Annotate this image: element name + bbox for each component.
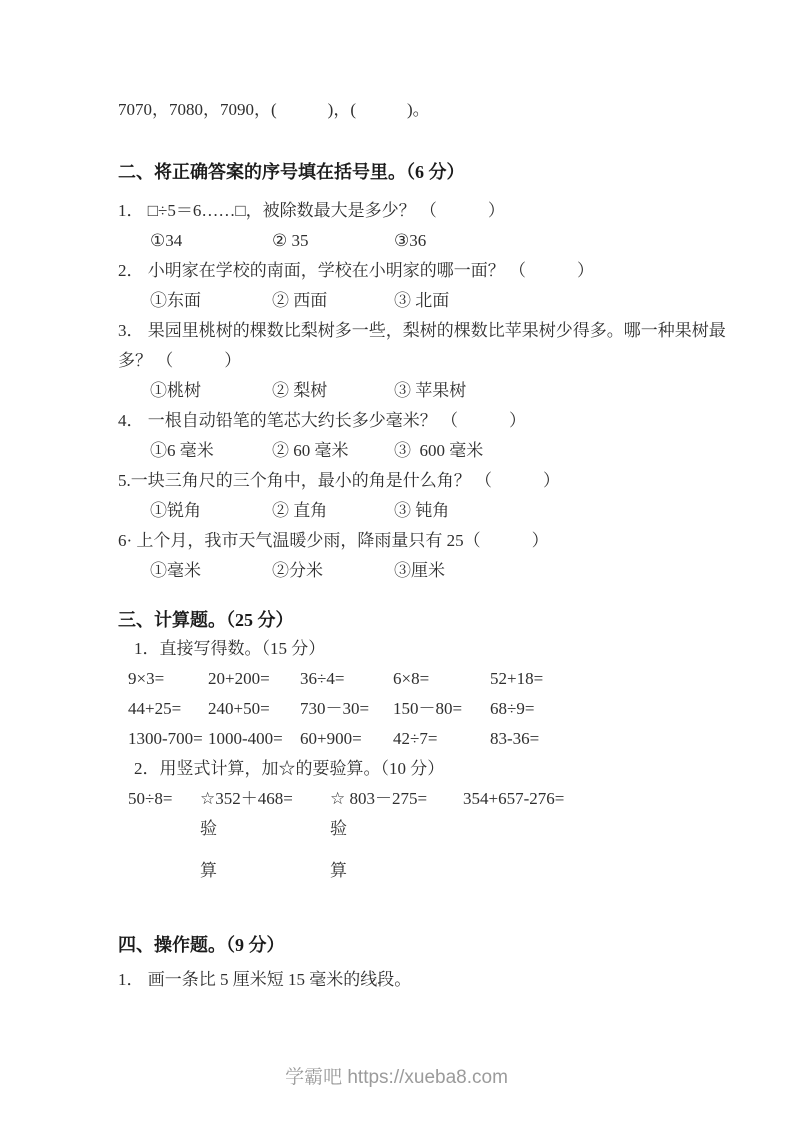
choice-questions: 1． □÷5＝6……□，被除数最大是多少？ （ ） ①34 ② 35 ③36 2…	[118, 196, 743, 586]
mental-calc-row-1: 9×3= 20+200= 36÷4= 6×8= 52+18=	[118, 664, 743, 694]
calc-cell: 83-36=	[490, 724, 743, 754]
calc-cell: 42÷7=	[393, 724, 490, 754]
option-4-2: ② 60 毫米	[272, 436, 394, 466]
question-3-options: ①桃树 ② 梨树 ③ 苹果树	[118, 376, 743, 406]
option-6-2: ②分米	[272, 556, 394, 586]
calc-cell: 9×3=	[128, 664, 208, 694]
empty-cell	[128, 856, 200, 886]
check-label: 算	[330, 856, 463, 886]
calc-cell: 60+900=	[300, 724, 393, 754]
calc-cell: 52+18=	[490, 664, 743, 694]
operation-item-1: 1． 画一条比 5 厘米短 15 毫米的线段。	[118, 965, 743, 995]
option-1-1: ①34	[150, 226, 272, 256]
empty-cell	[128, 814, 200, 844]
check-label-row-top: 验 验	[118, 814, 743, 844]
option-2-2: ② 西面	[272, 286, 394, 316]
check-label-row-bottom: 算 算	[118, 856, 743, 886]
check-label: 算	[200, 856, 330, 886]
option-4-1: ①6 毫米	[150, 436, 272, 466]
vertical-calc-problems: 50÷8= ☆352＋468= ☆ 803－275= 354+657-276=	[118, 784, 743, 814]
question-4-options: ①6 毫米 ② 60 毫米 ③ 600 毫米	[118, 436, 743, 466]
question-3-text: 3． 果园里桃树的棵数比梨树多一些，梨树的棵数比苹果树少得多。哪一种果树最多？ …	[118, 316, 743, 376]
calc-cell: 240+50=	[208, 694, 300, 724]
section-title-operation: 四、操作题。（9 分）	[118, 931, 743, 959]
option-2-1: ①东面	[150, 286, 272, 316]
calc-cell: 44+25=	[128, 694, 208, 724]
watermark-footer: 学霸吧 https://xueba8.com	[0, 1062, 793, 1089]
option-1-3: ③36	[394, 226, 426, 256]
exam-content: 7070，7080，7090，( )，( )。 二、将正确答案的序号填在括号里。…	[0, 0, 793, 995]
option-6-3: ③厘米	[394, 556, 445, 586]
option-6-1: ①毫米	[150, 556, 272, 586]
question-5-options: ①锐角 ② 直角 ③ 钝角	[118, 496, 743, 526]
calc-cell: 20+200=	[208, 664, 300, 694]
vertical-problem-1: 50÷8=	[128, 784, 200, 814]
vertical-problem-4: 354+657-276=	[463, 784, 743, 814]
number-sequence-line: 7070，7080，7090，( )，( )。	[118, 98, 743, 122]
question-4-text: 4． 一根自动铅笔的笔芯大约长多少毫米？ （ ）	[118, 406, 743, 436]
mental-calc-row-2: 44+25= 240+50= 730－30= 150－80= 68÷9=	[118, 694, 743, 724]
option-1-2: ② 35	[272, 226, 394, 256]
mental-calc-title: 1．直接写得数。（15 分）	[118, 634, 743, 664]
option-3-2: ② 梨树	[272, 376, 394, 406]
vertical-calc-title: 2．用竖式计算，加☆的要验算。（10 分）	[118, 754, 743, 784]
calc-cell: 730－30=	[300, 694, 393, 724]
question-1-options: ①34 ② 35 ③36	[118, 226, 743, 256]
vertical-problem-3: ☆ 803－275=	[330, 784, 463, 814]
question-1-text: 1． □÷5＝6……□，被除数最大是多少？ （ ）	[118, 196, 743, 226]
check-label: 验	[200, 814, 330, 844]
question-5-text: 5.一块三角尺的三个角中，最小的角是什么角？ （ ）	[118, 466, 743, 496]
empty-cell	[463, 856, 743, 886]
section-title-choice: 二、将正确答案的序号填在括号里。（6 分）	[118, 158, 743, 186]
question-6-text: 6· 上个月，我市天气温暖少雨，降雨量只有 25（ ）	[118, 526, 743, 556]
exam-page: 7070，7080，7090，( )，( )。 二、将正确答案的序号填在括号里。…	[0, 0, 793, 1122]
empty-cell	[463, 814, 743, 844]
calc-cell: 1300-700=	[128, 724, 208, 754]
option-3-1: ①桃树	[150, 376, 272, 406]
calc-cell: 36÷4=	[300, 664, 393, 694]
option-5-1: ①锐角	[150, 496, 272, 526]
option-4-3: ③ 600 毫米	[394, 436, 483, 466]
vertical-problem-2: ☆352＋468=	[200, 784, 330, 814]
option-3-3: ③ 苹果树	[394, 376, 466, 406]
option-5-2: ② 直角	[272, 496, 394, 526]
check-label: 验	[330, 814, 463, 844]
mental-calc-row-3: 1300-700= 1000-400= 60+900= 42÷7= 83-36=	[118, 724, 743, 754]
question-6-options: ①毫米 ②分米 ③厘米	[118, 556, 743, 586]
calc-cell: 68÷9=	[490, 694, 743, 724]
question-2-options: ①东面 ② 西面 ③ 北面	[118, 286, 743, 316]
option-5-3: ③ 钝角	[394, 496, 449, 526]
option-2-3: ③ 北面	[394, 286, 449, 316]
calc-cell: 6×8=	[393, 664, 490, 694]
section-title-calculation: 三、计算题。（25 分）	[118, 606, 743, 634]
calc-cell: 150－80=	[393, 694, 490, 724]
calc-cell: 1000-400=	[208, 724, 300, 754]
question-2-text: 2． 小明家在学校的南面，学校在小明家的哪一面？ （ ）	[118, 256, 743, 286]
